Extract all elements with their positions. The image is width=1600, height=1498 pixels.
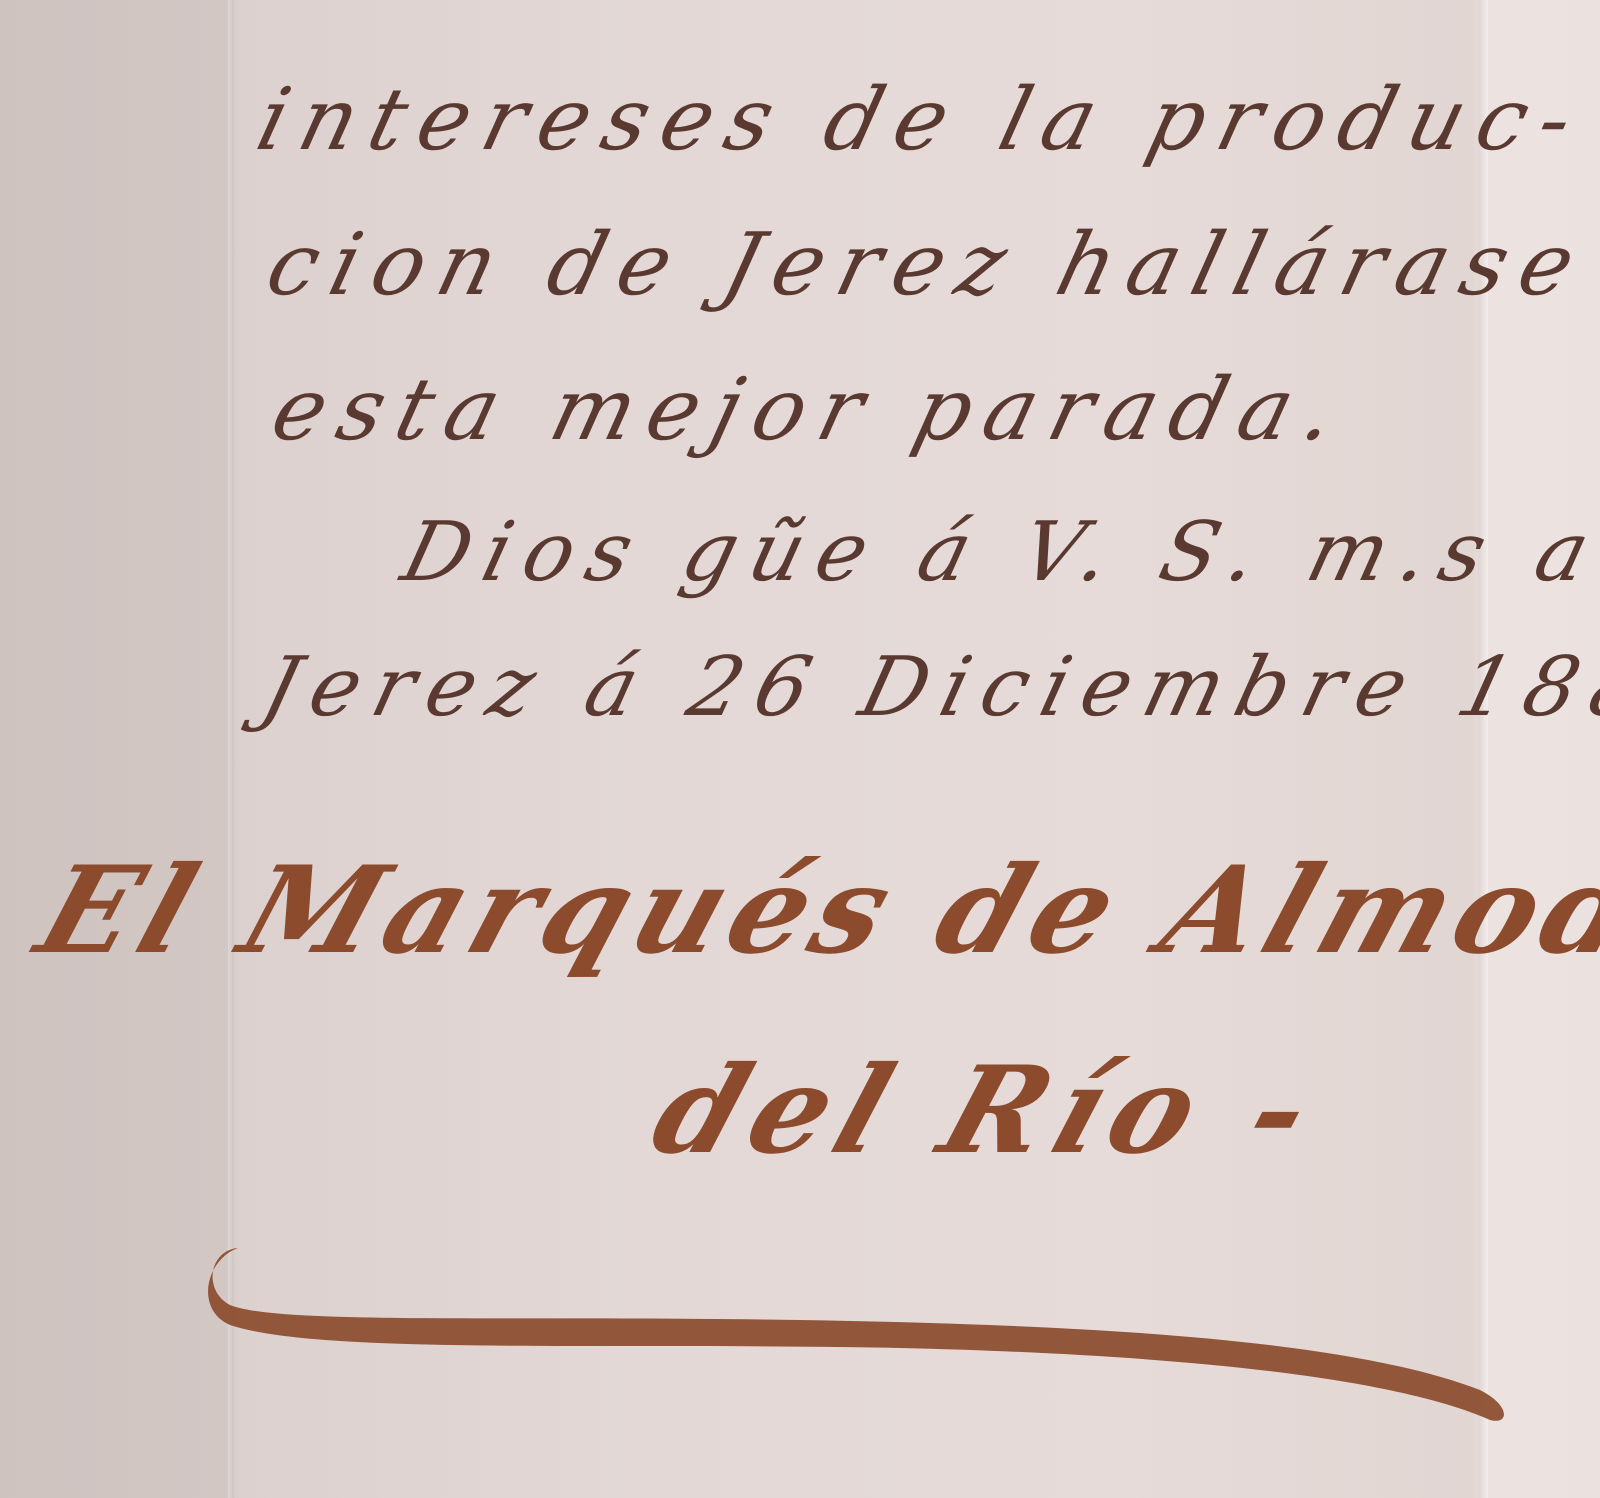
signature-flourish-icon xyxy=(200,1230,1530,1450)
letter-line-2: cion de Jerez hallárase xyxy=(258,215,1599,315)
letter-closing-formula: Dios gũe á V. S. m.s a.s xyxy=(393,505,1600,600)
letter-date-line: Jerez á 26 Diciembre 1888. xyxy=(253,640,1600,735)
signature-line-1: El Marqués de Almodóvar xyxy=(22,840,1600,981)
letter-line-1: intereses de la produc- xyxy=(248,70,1597,170)
letter-line-3: esta mejor parada. xyxy=(263,360,1360,460)
signature-line-2: del Río - xyxy=(637,1040,1337,1181)
letter-photo: intereses de la produc- cion de Jerez ha… xyxy=(0,0,1600,1498)
